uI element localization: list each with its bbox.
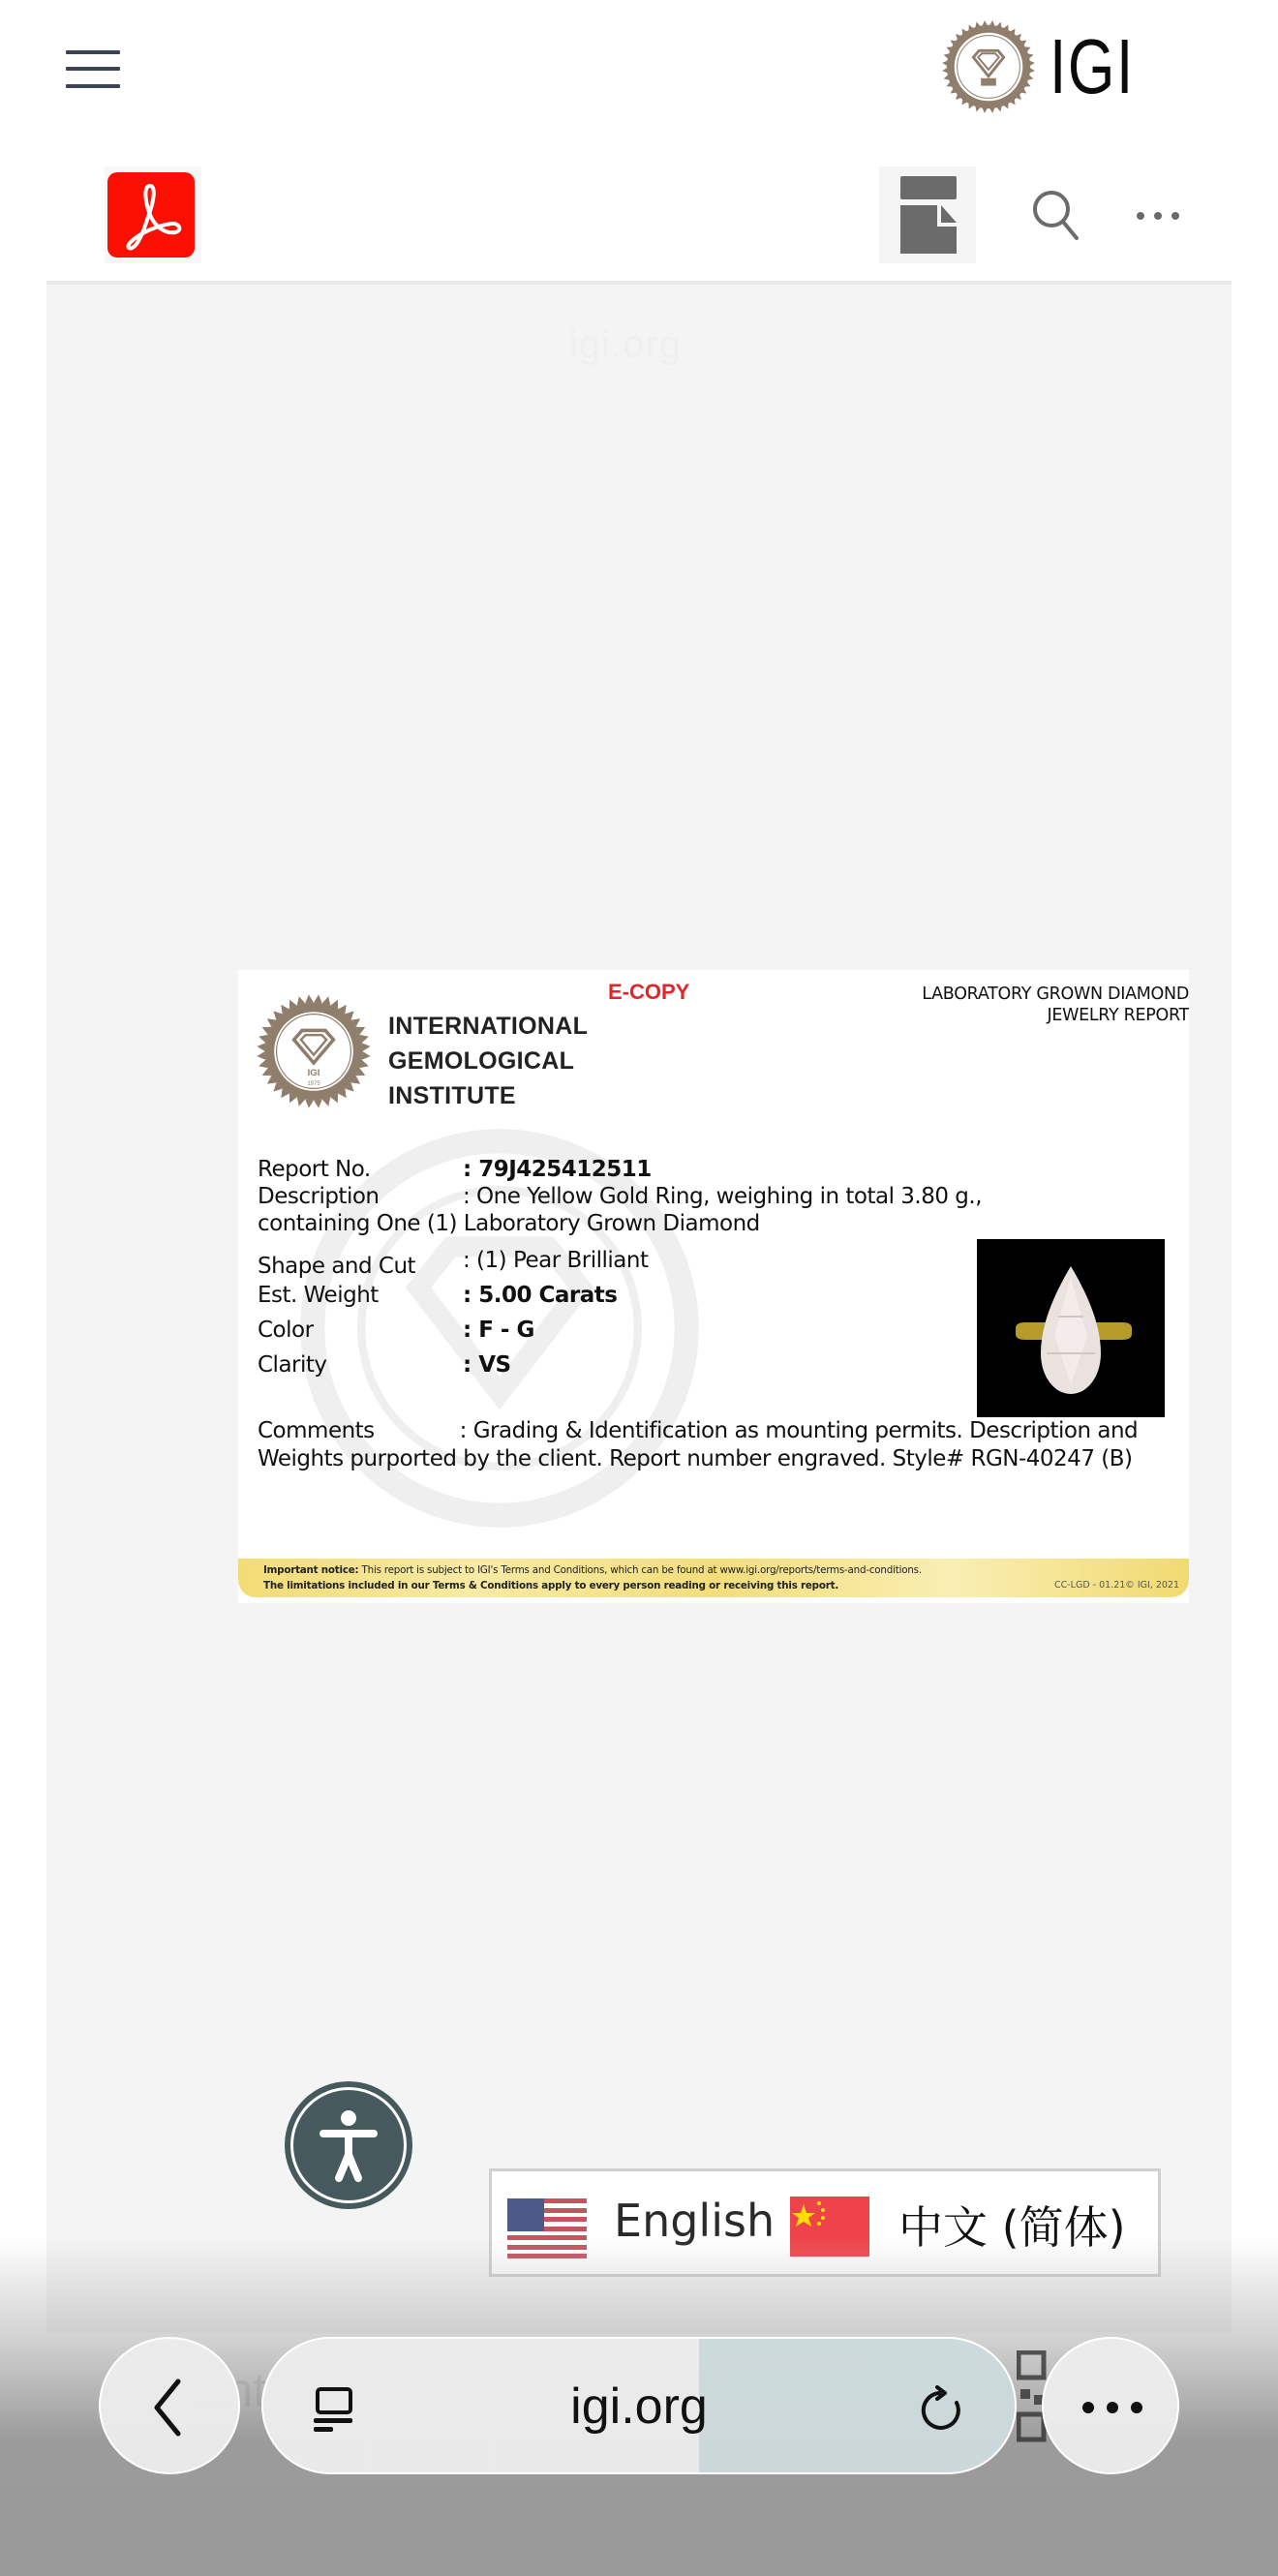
igi-seal-logo: IGI 1975 bbox=[256, 993, 372, 1109]
sidebar-panel-button[interactable] bbox=[879, 167, 976, 263]
browser-back-button[interactable] bbox=[99, 2337, 240, 2474]
report-form-code: CC-LGD - 01.21© IGI, 2021 bbox=[1054, 1580, 1179, 1591]
acrobat-button[interactable] bbox=[105, 167, 201, 263]
igi-seal-icon bbox=[941, 19, 1036, 114]
more-options-button[interactable] bbox=[1129, 201, 1187, 230]
more-options-icon bbox=[1129, 201, 1187, 230]
address-bar[interactable]: igi.org bbox=[261, 2337, 1017, 2474]
search-button[interactable] bbox=[1026, 186, 1088, 248]
hamburger-menu-button[interactable] bbox=[66, 48, 120, 89]
menu-bar bbox=[66, 50, 120, 54]
chevron-left-icon bbox=[101, 2339, 242, 2476]
adobe-acrobat-icon bbox=[107, 172, 195, 258]
pdf-toolbar bbox=[46, 155, 1232, 283]
igi-logo-link[interactable]: IGI bbox=[941, 19, 1159, 114]
institute-name: INTERNATIONAL GEMOLOGICAL INSTITUTE bbox=[388, 1009, 588, 1113]
ghost-page-title: igi.org bbox=[569, 323, 682, 367]
field-report-no: Report No. : 79J425412511 bbox=[258, 1156, 1129, 1183]
ecopy-label: E-COPY bbox=[608, 980, 689, 1005]
svg-text:IGI: IGI bbox=[308, 1068, 320, 1078]
field-description: Description : One Yellow Gold Ring, weig… bbox=[258, 1183, 1129, 1210]
svg-text:1975: 1975 bbox=[307, 1081, 320, 1087]
menu-bar bbox=[66, 67, 120, 71]
search-icon bbox=[1026, 186, 1088, 248]
browser-more-button[interactable] bbox=[1042, 2337, 1179, 2474]
reload-icon[interactable] bbox=[918, 2383, 970, 2436]
important-notice-banner: Important notice: This report is subject… bbox=[238, 1559, 1189, 1597]
url-text: igi.org bbox=[263, 2378, 1015, 2436]
report-page: IGI 1975 INTERNATIONAL GEMOLOGICAL INSTI… bbox=[238, 970, 1189, 1603]
menu-bar bbox=[66, 84, 120, 88]
more-horizontal-icon bbox=[1044, 2339, 1181, 2476]
report-number: : 79J425412511 bbox=[463, 1156, 652, 1183]
report-type: LABORATORY GROWN DIAMOND JEWELRY REPORT bbox=[802, 984, 1189, 1026]
accessibility-icon bbox=[285, 2081, 412, 2209]
site-logo-text: IGI bbox=[1050, 28, 1135, 106]
sidebar-panel-icon bbox=[879, 167, 976, 263]
pear-diamond-ring-photo bbox=[977, 1239, 1165, 1417]
page: IGI bbox=[0, 0, 1278, 2576]
accessibility-button[interactable] bbox=[285, 2081, 412, 2209]
comments: Comments: Grading & Identification as mo… bbox=[258, 1417, 1177, 1473]
